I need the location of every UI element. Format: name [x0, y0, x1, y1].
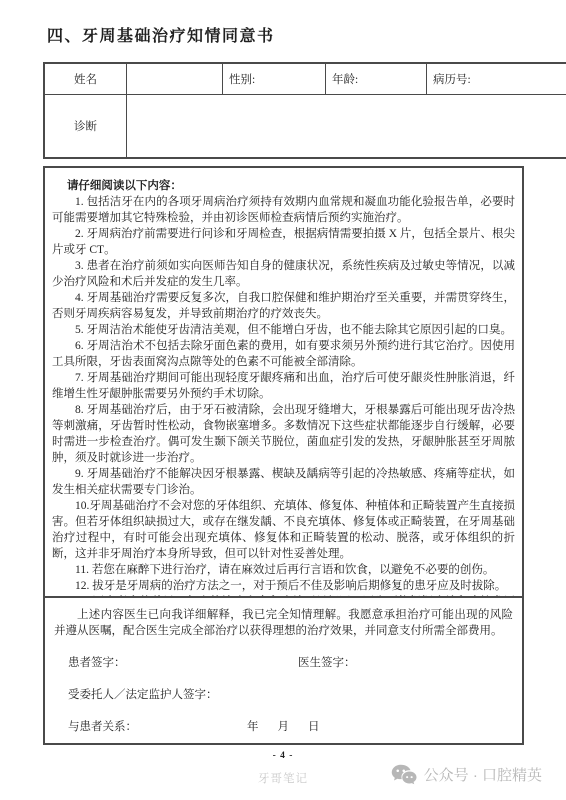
notice-item: 5. 牙周洁治术能使牙齿清洁美观，但不能增白牙齿，也不能去除其它原因引起的口臭。: [52, 322, 515, 338]
signature-row-relation-date: 与患者关系： 年 月 日: [68, 719, 513, 735]
date-year-label: 年: [247, 719, 259, 735]
notice-intro: 请仔细阅读以下内容：: [52, 178, 515, 194]
name-value-cell: [127, 63, 223, 94]
notice-item: 7. 牙周基础治疗期间可能出现轻度牙龈疼痛和出血，治疗后可使牙龈炎性肿胀消退，纤…: [52, 370, 515, 402]
table-row: 诊断: [44, 94, 566, 158]
notice-item: 8. 牙周基础治疗后，由于牙石被清除，会出现牙缝增大，牙根暴露后可能出现牙齿冷热…: [52, 402, 515, 466]
table-row: 姓名 性别: 年龄: 病历号:: [44, 63, 566, 94]
page-number: - 4 -: [0, 751, 566, 761]
notice-item: 3. 患者在治疗前须如实向医师告知自身的健康状况，系统性疾病及过敏史等情况，以减…: [52, 258, 515, 290]
wechat-account-label: 公众号 · 口腔精英: [424, 764, 542, 785]
patient-info-table: 姓名 性别: 年龄: 病历号: 诊断: [43, 62, 566, 159]
wechat-footer: 公众号 · 口腔精英: [391, 763, 542, 786]
relation-label: 与患者关系：: [68, 719, 247, 735]
page-title: 四、牙周基础治疗知情同意书: [47, 23, 275, 46]
notice-item: 10.牙周基础治疗不会对您的牙体组织、充填体、修复体、种植体和正畸装置产生直接损…: [52, 498, 515, 562]
notice-item: 12. 拔牙是牙周病的治疗方法之一，对于预后不佳及影响后期修复的患牙应及时拔除。: [52, 578, 515, 594]
diagnosis-value-cell: [127, 94, 566, 158]
notice-item: 4. 牙周基础治疗需要反复多次，自我口腔保健和维护期治疗至关重要，并需贯穿终生，…: [52, 290, 515, 322]
wechat-icon: [391, 763, 418, 786]
consent-form-page: 四、牙周基础治疗知情同意书 姓名 性别: 年龄: 病历号: 诊断 请仔细阅读以下…: [0, 0, 566, 800]
age-label-cell: 年龄:: [326, 63, 427, 94]
signature-row-patient-doctor: 患者签字： 医生签字：: [68, 655, 513, 671]
notice-content-box: 请仔细阅读以下内容： 1. 包括洁牙在内的各项牙周病治疗须持有效期内血常规和凝血…: [43, 166, 524, 598]
patient-signature-label: 患者签字：: [68, 655, 298, 671]
date-day-label: 日: [308, 719, 320, 735]
name-label-cell: 姓名: [44, 63, 127, 94]
notice-item: 11. 若您在麻醉下进行治疗，请在麻效过后再行言语和饮食，以避免不必要的创伤。: [52, 562, 515, 578]
diagnosis-label-cell: 诊断: [44, 94, 127, 158]
consent-statement: 上述内容医生已向我详细解释，我已完全知情理解。我愿意承担治疗可能出现的风险并遵从…: [54, 607, 513, 639]
record-number-label-cell: 病历号:: [427, 63, 566, 94]
notice-item: 9. 牙周基础治疗不能解决因牙根暴露、楔缺及龋病等引起的冷热敏感、疼痛等症状，如…: [52, 466, 515, 498]
gender-label-cell: 性别:: [223, 63, 326, 94]
notice-items-list: 1. 包括洁牙在内的各项牙周病治疗须持有效期内血常规和凝血功能化验报告单，必要时…: [52, 194, 515, 598]
notice-item: 1. 包括洁牙在内的各项牙周病治疗须持有效期内血常规和凝血功能化验报告单，必要时…: [52, 194, 515, 226]
signature-row-guardian: 受委托人／法定监护人签字：: [68, 687, 513, 703]
signature-section: 上述内容医生已向我详细解释，我已完全知情理解。我愿意承担治疗可能出现的风险并遵从…: [43, 598, 524, 745]
guardian-signature-label: 受委托人／法定监护人签字：: [68, 687, 218, 703]
notice-item: 2. 牙周病治疗前需要进行问诊和牙周检查，根据病情需要拍摄 X 片，包括全景片、…: [52, 226, 515, 258]
notice-item: 6. 牙周洁治术不包括去除牙面色素的费用，如有要求须另外预约进行其它治疗。因使用…: [52, 338, 515, 370]
date-month-label: 月: [278, 719, 290, 735]
doctor-signature-label: 医生签字：: [298, 655, 356, 671]
